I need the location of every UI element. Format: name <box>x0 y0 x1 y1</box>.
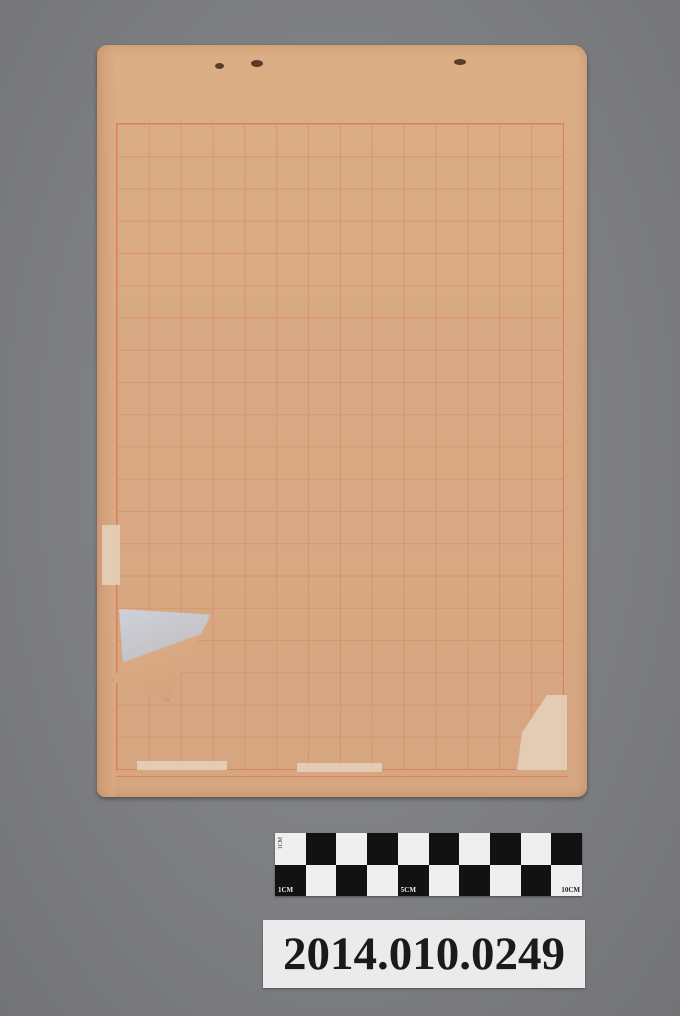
binding-hole-center <box>251 60 263 67</box>
scale-square <box>490 833 521 865</box>
scale-label-5cm: 5CM <box>401 887 416 894</box>
notebook <box>97 45 587 797</box>
scale-square <box>367 865 398 897</box>
binding-hole-left <box>215 63 224 69</box>
scale-top-label: 1CM <box>278 837 284 849</box>
paper-tear-bottom-2 <box>297 763 382 772</box>
scale-square <box>367 833 398 865</box>
scale-square: 1CM <box>275 833 306 865</box>
scale-label-10cm: 10CM <box>561 887 580 894</box>
binding-hole-right <box>454 59 466 65</box>
paper-tear-bottom <box>137 761 227 770</box>
scale-bar: 1CM 1CM 5CM 10CM <box>275 833 582 896</box>
accession-number-label: 2014.010.0249 <box>263 920 585 988</box>
scale-square <box>521 833 552 865</box>
scale-square <box>336 833 367 865</box>
bottom-margin-line <box>116 776 568 777</box>
scale-square: 10CM <box>551 865 582 897</box>
scale-square <box>521 865 552 897</box>
scale-square <box>459 833 490 865</box>
scale-square <box>429 865 460 897</box>
scale-square <box>490 865 521 897</box>
scale-square <box>306 865 337 897</box>
scale-square <box>398 833 429 865</box>
scale-square <box>459 865 490 897</box>
paper-tear-left <box>102 525 120 585</box>
scale-square <box>336 865 367 897</box>
scale-square <box>306 833 337 865</box>
scale-square <box>429 833 460 865</box>
scale-square <box>551 833 582 865</box>
scale-square: 5CM <box>398 865 429 897</box>
scale-label-1cm: 1CM <box>278 887 293 894</box>
grid-paper <box>116 123 564 770</box>
scale-square: 1CM <box>275 865 306 897</box>
